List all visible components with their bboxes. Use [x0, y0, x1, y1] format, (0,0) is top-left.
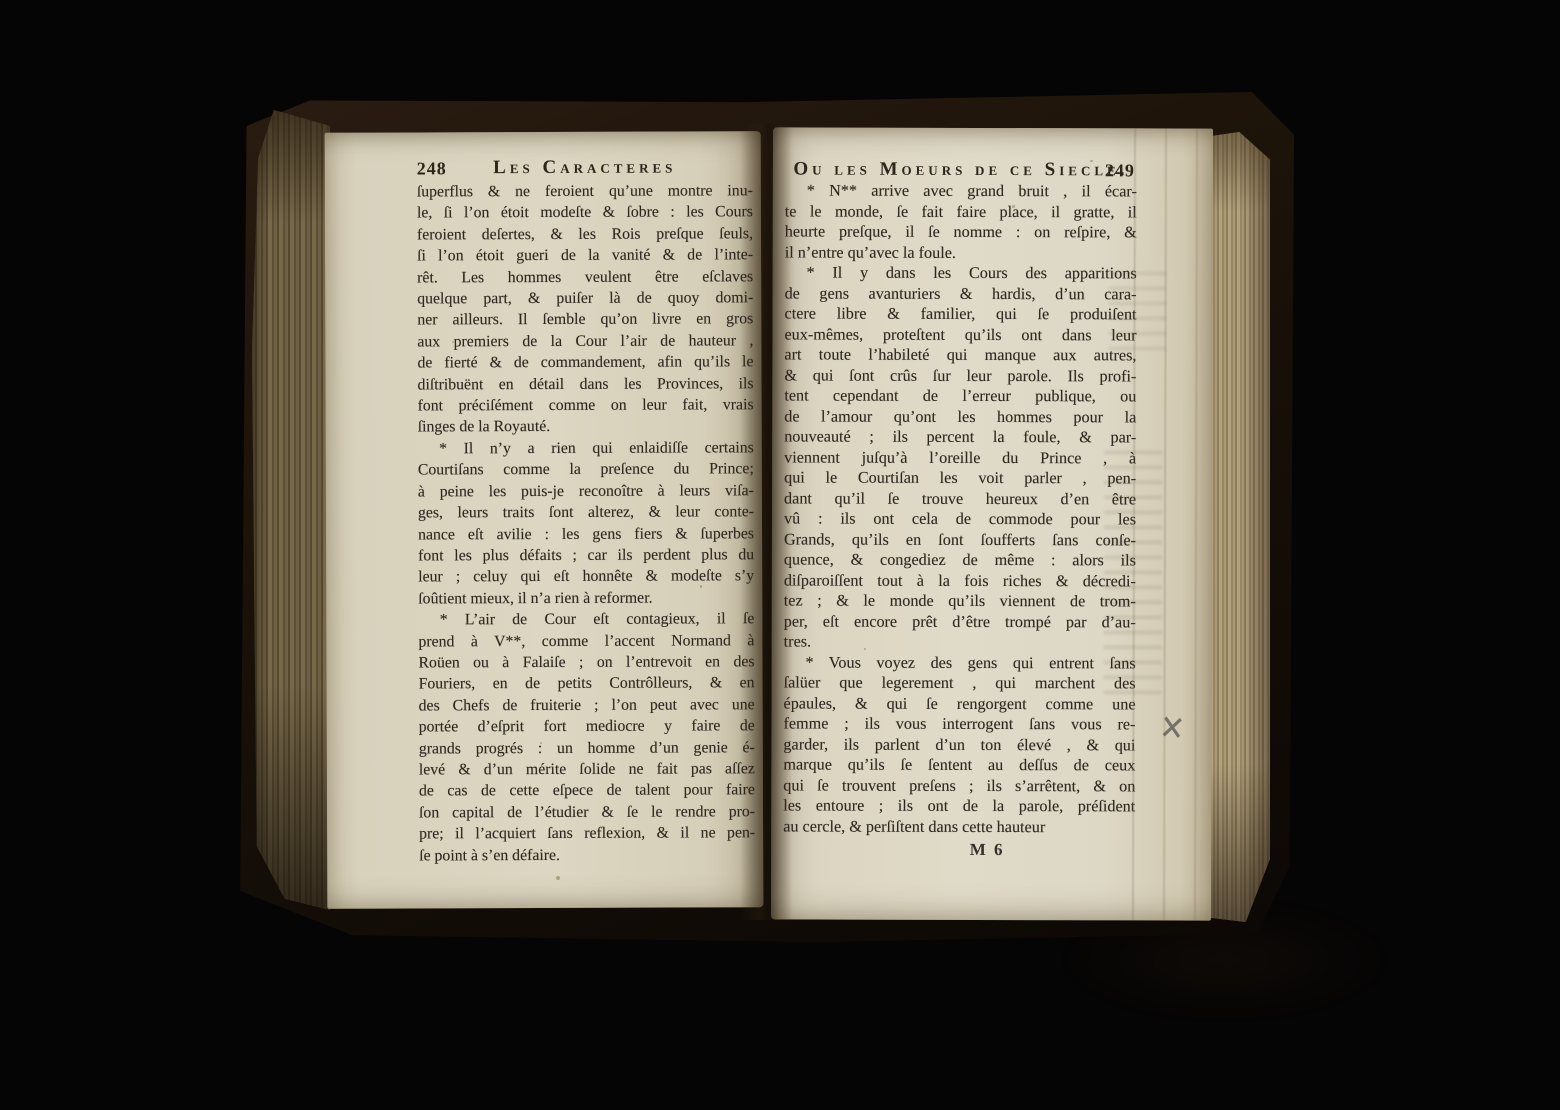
text-line: marque qu’ils ſe ſentent au deſſus de ce…	[783, 754, 1135, 775]
text-line: femme ; ils vous interrogent ſans vous r…	[783, 713, 1135, 734]
foxing-speck	[556, 876, 560, 880]
text-line: rêt. Les hommes veulent être eſclaves	[417, 266, 753, 289]
right-page-number: 249	[1105, 156, 1135, 184]
text-line: les entoure ; ils ont de la parole, préſ…	[783, 795, 1135, 816]
paragraph: * N** arrive avec grand bruit , il écar-…	[785, 180, 1137, 263]
photo-of-open-book: 248 Les Caracteres ſuperflus & ne feroie…	[0, 0, 1560, 1110]
paragraph: ſuperflus & ne feroient qu’une montre in…	[417, 180, 754, 438]
text-line: levé & d’un mérite ſolide ne fait pas aſ…	[419, 758, 755, 781]
left-running-head: 248 Les Caracteres	[417, 153, 753, 182]
text-line: diſparoiſſent tout à la fois riches & dé…	[784, 570, 1136, 591]
foxing-speck	[1090, 160, 1093, 162]
foxing-speck	[700, 585, 702, 588]
text-line: ſinges de la Royauté.	[418, 416, 754, 439]
text-line: prend à V**, comme l’accent Normand à	[418, 630, 754, 653]
page-edge-stack-right	[1206, 132, 1270, 922]
page-edge-stack-left	[252, 110, 330, 910]
left-page-number: 248	[417, 154, 447, 182]
text-line: * L’air de Cour eſt contagieux, il ſe	[418, 608, 754, 631]
text-line: ſalüer que legerement , qui marchent des	[784, 672, 1136, 693]
foxing-speck	[540, 742, 542, 744]
text-line: tez ; & le monde qu’ils viennent de trom…	[784, 590, 1136, 611]
text-line: viennent juſqu’à l’oreille du Prince , à	[784, 447, 1136, 468]
text-line: aux premiers de la Cour l’air de hauteur…	[417, 330, 753, 353]
text-line: de fierté & de commandement, afin qu’ils…	[417, 352, 753, 375]
text-line: heurte preſque, il ſe nomme : on reſpire…	[785, 221, 1137, 242]
text-line: quelque part, & puiſer là de quoy domi-	[417, 287, 753, 310]
right-page: Ou les Moeurs de ce Siecle. 249 * N** ar…	[771, 127, 1213, 920]
text-line: * N** arrive avec grand bruit , il écar-	[785, 180, 1137, 201]
text-line: à peine les puis-je reconoître à leurs v…	[418, 480, 754, 503]
gutter-shadow	[740, 124, 792, 920]
text-line: de cas de cette eſpece de talent pour fa…	[419, 780, 755, 803]
text-line: * Il y dans les Cours des apparitions	[785, 262, 1137, 283]
text-line: qui le Courtiſan les voit parler , pen-	[784, 467, 1136, 488]
handwritten-x-annotation: ✕	[1158, 711, 1187, 748]
text-line: font les plus défaits ; car ils perdent …	[418, 544, 754, 567]
text-line: ges, leurs traits ſont alterez, & leur c…	[418, 501, 754, 524]
foxing-speck	[1012, 205, 1015, 208]
paragraph: * L’air de Cour eſt contagieux, il ſepre…	[418, 608, 755, 866]
text-line: Roüen ou à Falaiſe ; on l’entrevoit en d…	[418, 651, 754, 674]
left-page: 248 Les Caracteres ſuperflus & ne feroie…	[325, 131, 764, 909]
text-line: ctere libre & familier, qui ſe produiſen…	[785, 303, 1137, 324]
text-line: per, eſt encore prêt d’être trompé par d…	[784, 611, 1136, 632]
text-line: art toute l’habileté qui manque aux autr…	[784, 344, 1136, 365]
left-running-title: Les Caracteres	[417, 153, 753, 182]
text-line: & qui ſont crûs ſur leur parole. Ils pro…	[784, 365, 1136, 386]
text-line: ſi l’on étoit gueri de la vanité & de l’…	[417, 244, 753, 267]
text-line: font préciſément comme on leur fait, vra…	[418, 394, 754, 417]
text-line: nance eſt avilie : les gens fiers & ſupe…	[418, 523, 754, 546]
text-line: de l’amour qu’ont les hommes pour la	[784, 406, 1136, 427]
signature-mark: M 6	[811, 840, 1163, 861]
text-line: Courtiſans comme la preſence du Prince;	[418, 459, 754, 482]
foxing-speck	[864, 648, 866, 650]
text-line: eux-mêmes, proteſtent qu’ils ont dans le…	[784, 324, 1136, 345]
text-line: quence, & congediez de même : alors ils	[784, 549, 1136, 570]
text-line: épaules, & qui ſe rengorgent comme une	[784, 693, 1136, 714]
text-line: Grands, qu’ils en ſont ſoufferts ſans co…	[784, 529, 1136, 550]
text-line: leur ; celuy qui eſt honnête & modeſte s…	[418, 566, 754, 589]
text-line: nouveauté ; ils percent la foule, & par-	[784, 426, 1136, 447]
text-line: Fouriers, en de petits Contrôlleurs, & e…	[419, 673, 755, 696]
text-line: qui ſe trouvent preſens ; ils s’arrêtent…	[783, 775, 1135, 796]
text-line: vû : ils ont cela de commode pour les	[784, 508, 1136, 529]
paragraph: * Il y dans les Cours des apparitionsde …	[784, 262, 1137, 652]
text-line: garder, ils parlent d’un ton élevé , & q…	[783, 734, 1135, 755]
text-line: ſoûtient mieux, il n’a rien à reformer.	[418, 587, 754, 610]
paragraph: * Vous voyez des gens qui entrent ſansſa…	[783, 652, 1135, 837]
text-line: * Il n’y a rien qui enlaidiſſe certains	[418, 437, 754, 460]
text-line: ſe point à s’en défaire.	[419, 844, 755, 867]
text-line: tent cependant de l’erreur publique, ou	[784, 385, 1136, 406]
text-line: portée d’eſprit fort mediocre y faire de	[419, 715, 755, 738]
foxing-speck	[452, 341, 454, 343]
text-line: ner ailleurs. Il ſemble qu’on livre en g…	[417, 309, 753, 332]
text-line: tres.	[784, 631, 1136, 652]
paragraph: * Il n’y a rien qui enlaidiſſe certainsC…	[418, 437, 755, 609]
text-line: ſon capital de l’étudier & ſe le rendre …	[419, 801, 755, 824]
text-line: * Vous voyez des gens qui entrent ſans	[784, 652, 1136, 673]
text-line: diſtribuënt en détail dans les Provinces…	[417, 373, 753, 396]
text-line: grands progrés : un homme d’un genie é-	[419, 737, 755, 760]
text-line: ſuperflus & ne feroient qu’une montre in…	[417, 180, 753, 203]
text-line: il n’entre qu’avec la foule.	[785, 242, 1137, 263]
text-line: le, ſi l’on étoit modeſte & ſobre : les …	[417, 202, 753, 225]
right-text-column: * N** arrive avec grand bruit , il écar-…	[783, 180, 1137, 837]
text-line: dant qu’il ſe trouve heureux d’en être	[784, 488, 1136, 509]
text-line: au cercle, & perſiſtent dans cette haute…	[783, 816, 1135, 837]
text-line: des Chefs de fruiterie ; l’on peut avec …	[419, 694, 755, 717]
text-line: te le monde, ſe fait faire place, il gra…	[785, 201, 1137, 222]
left-text-column: ſuperflus & ne feroient qu’une montre in…	[417, 180, 755, 866]
text-line: feroient deſertes, & les Rois preſque ſe…	[417, 223, 753, 246]
text-line: pre; il l’acquiert ſans reflexion, & il …	[419, 822, 755, 845]
text-line: de gens avanturiers & hardis, d’un cara-	[785, 283, 1137, 304]
